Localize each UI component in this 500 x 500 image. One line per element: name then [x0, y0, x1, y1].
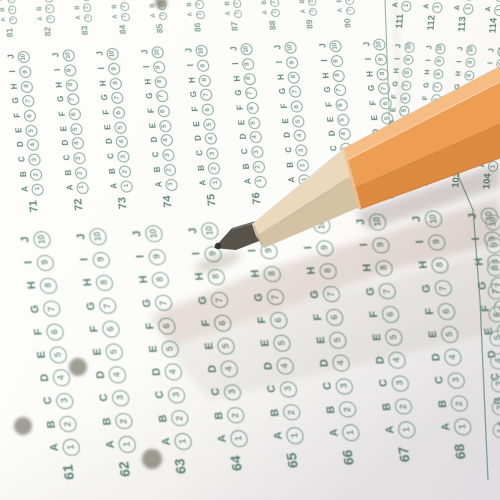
pencil-tip-point — [215, 243, 221, 249]
pencil — [0, 0, 500, 500]
answer-sheet-photo: C3B2A181C3B2A182C3B2A183C3B2A184C3B2A185… — [0, 0, 500, 500]
